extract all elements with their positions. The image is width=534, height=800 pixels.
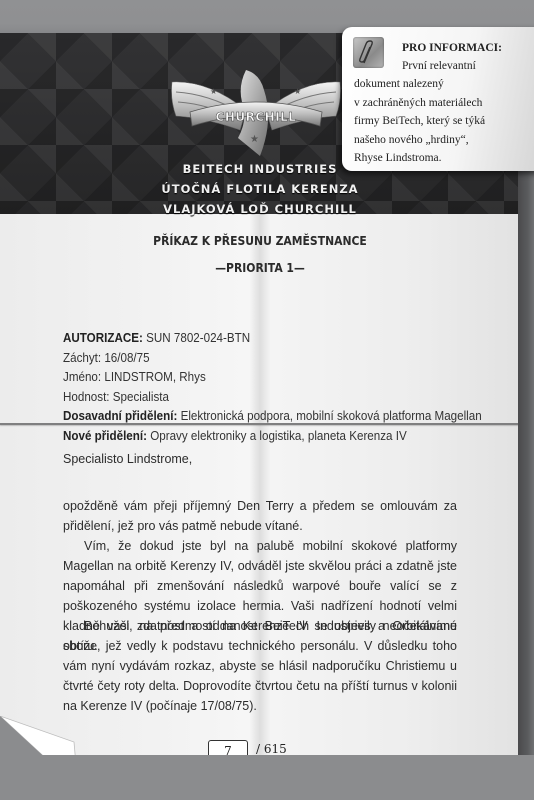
document-title: PŘÍKAZ K PŘESUNU ZAMĚSTNANCE (26, 234, 494, 248)
letter-greeting: Specialisto Lindstrome, (63, 449, 457, 469)
note-text-line: Rhyse Lindstroma. (354, 149, 534, 168)
section-divider (0, 423, 520, 425)
note-title: PRO INFORMACI: (402, 39, 502, 58)
document-priority: —PRIORITA 1— (26, 261, 494, 275)
field-authorization: AUTORIZACE: SUN 7802-024-BTN (63, 329, 482, 349)
note-text-line: našeho nového „hrdiny“, (354, 131, 534, 150)
page-curl (0, 716, 80, 755)
field-rank: Hodnost: Specialista (63, 388, 482, 408)
note-text: dokument nalezený v zachráněných materiá… (354, 75, 534, 168)
svg-text:★: ★ (294, 87, 301, 96)
org-line: ÚTOČNÁ FLOTILA KERENZA (120, 179, 400, 199)
note-text-line: v zachráněných materiálech (354, 94, 534, 113)
transfer-fields: AUTORIZACE: SUN 7802-024-BTN Záchyt: 16/… (63, 329, 482, 447)
field-name: Jméno: LINDSTROM, Rhys (63, 368, 482, 388)
viewer-bottom-area (0, 755, 534, 800)
letter-paragraph: Bohužel, na předmostí na Kerenze IV se o… (63, 616, 457, 716)
note-text-line: dokument nalezený (354, 75, 534, 94)
info-note-card: PRO INFORMACI: První relevantní dokument… (342, 27, 534, 171)
note-text-line: firmy BeiTech, který se týká (354, 112, 534, 131)
total-pages-label: / 615 (256, 742, 287, 755)
org-line: VLAJKOVÁ LOĎ CHURCHILL (120, 199, 400, 219)
churchill-logo: CHURCHILL ★ ★ ★ (168, 60, 344, 160)
svg-text:★: ★ (250, 134, 259, 145)
svg-text:★: ★ (210, 87, 217, 96)
letter-paragraph: opožděně vám přeji příjemný Den Terry a … (63, 496, 457, 536)
paperclip-icon (353, 37, 384, 68)
field-new-assignment: Nové přidělení: Opravy elektroniky a log… (63, 427, 482, 447)
current-page-input[interactable]: 7 (208, 740, 248, 755)
note-text-line: První relevantní (402, 57, 476, 76)
field-intercept: Záchyt: 16/08/75 (63, 349, 482, 369)
svg-text:CHURCHILL: CHURCHILL (216, 110, 297, 124)
